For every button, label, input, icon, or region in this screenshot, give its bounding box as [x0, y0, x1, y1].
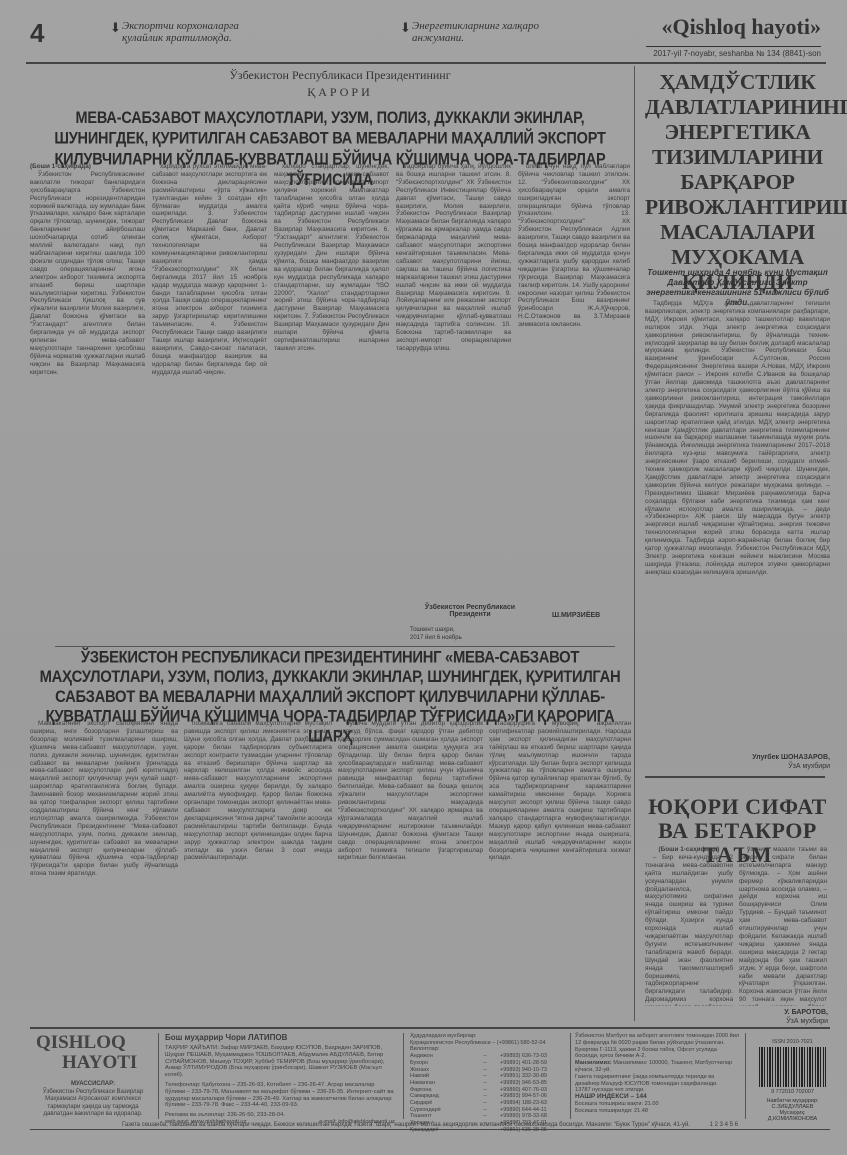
section-divider [645, 776, 825, 778]
issn-barcode: ISSN 2010-7021 9 772010 702007 Навбатчи … [755, 1039, 830, 1122]
column-divider [745, 1033, 746, 1119]
energy-body: Тадбирда МДҲга аъзо давлатларнинг тегишл… [645, 300, 830, 745]
region-row: Сурхондарё–+99890) 644-44-11 [410, 1107, 570, 1114]
teaser-energy[interactable]: ⬇ Энергетикларнинг халқаро анжумани. [400, 20, 550, 44]
commentary-column-1: Мамлакатнинг экспорт салоҳиятини янада о… [30, 720, 178, 1020]
decree-column-2: харидорга рухсат этилмайди; мева-сабзаво… [152, 163, 267, 628]
footer-logo: QISHLOQ HAYOTI [36, 1033, 156, 1073]
issue-line: 2017-yil 7-noyabr, seshanba № 134 (8841)… [646, 46, 821, 58]
barcode-icon [759, 1047, 826, 1087]
decree-kicker: Ўзбекистон Республикаси Президентининг Қ… [90, 68, 590, 100]
quality-byline: У. БАРОТОВ, ЎзА мухбири [645, 1008, 828, 1026]
region-row: Тошкент–+99890) 978-33-68 [410, 1113, 570, 1120]
region-row: Сирдарё–+99894) 188-23-63 [410, 1100, 570, 1107]
decree-column-4: тадбирлар бўйича ҳалқ, йўлдошлик ва бошқ… [396, 163, 511, 593]
decree-column-3: халқаро стандартлар, шунингдек, маҳаллий… [274, 163, 389, 593]
quality-column-1: (Боши 1-саҳифада) – Бир кеча-кундузда 12… [645, 846, 733, 1006]
signature-place: Тошкент шаҳри, [410, 627, 455, 633]
bottom-line: Газета сешанба, пайшанба ва шанба кунлар… [30, 1122, 830, 1128]
column-divider [403, 1033, 404, 1119]
region-row: Андижон–+99893) 636-73-03 [410, 1053, 570, 1060]
publication-info: Ўзбекистон Матбуот ва ахборот агентлиги … [575, 1033, 740, 1115]
commentary-column-2: позмалига сабабли маҳсулотларни мустақил… [184, 720, 332, 1020]
arrow-down-icon: ⬇ [400, 22, 411, 34]
energy-byline: Улуғбек ШОНАЗАРОВ, ЎзА мухбири [645, 753, 830, 771]
editorial-staff: Бош муҳаррир Чори ЛАТИПОВ ТАҲРИР ҲАЙЪАТИ… [165, 1033, 395, 1126]
region-row: Самарқанд–+99893) 994-57-06 [410, 1093, 570, 1100]
imprint-footer: QISHLOQ HAYOTI МУАССИСЛАР: Ўзбекистон Ре… [30, 1027, 830, 1130]
founders-block: МУАССИСЛАР: Ўзбекистон Республикаси Вази… [34, 1081, 152, 1119]
signature-name: Ш.МИРЗИЁЕВ [552, 612, 600, 619]
signature-date: 2017 йил 6 ноябрь [410, 635, 462, 641]
commentary-column-3: бўйича муддати ўтган дебитор қарздорлик … [338, 720, 483, 1020]
region-row: Бухоро–+99891) 401-28-59 [410, 1060, 570, 1067]
arrow-down-icon: ⬇ [110, 22, 121, 34]
masthead: «Qishloq hayoti» [661, 14, 821, 40]
column-divider [634, 66, 635, 1021]
quality-column-2: ўзининг мазали таъми ва юқори сифати бил… [739, 846, 827, 1006]
page-header: 4 ⬇ Экспортчи корхоналарга қулайлик ярат… [0, 14, 847, 54]
decree-column-1: (Боши 1-саҳифада) Ўзбекистон Республикас… [30, 163, 145, 628]
section-divider [55, 646, 615, 647]
decree-column-5: олиш учун нақд пул маблағлари бўйича чек… [518, 163, 630, 593]
region-row: Фарғона–+99890) 407-76-03 [410, 1087, 570, 1094]
column-divider [570, 1033, 571, 1119]
region-row: Наманган–+99893) 946-53-85 [410, 1080, 570, 1087]
column-divider [158, 1033, 159, 1119]
teaser-exporters[interactable]: ⬇ Экспортчи корхоналарга қулайлик яратил… [110, 20, 270, 44]
regional-correspondents: Ҳудудлардаги мухбирлар: Қорақалпоғистон … [410, 1033, 570, 1134]
signature-title: Ўзбекистон Республикаси Президенти [410, 604, 530, 618]
commentary-column-4: тасарруфига мувофиқ, ажратилган сертифик… [489, 720, 631, 1020]
region-row: Навоий–+99891) 332-30-89 [410, 1073, 570, 1080]
header-divider [26, 62, 826, 64]
region-row: Жиззах–+99893) 940-10-73 [410, 1067, 570, 1074]
page-number: 4 [30, 18, 44, 49]
energy-headline: ҲАМДЎСТЛИК ДАВЛАТЛАРИНИНГ ЭНЕРГЕТИКА ТИЗ… [645, 70, 830, 295]
newspaper-page: 4 ⬇ Экспортчи корхоналарга қулайлик ярат… [0, 0, 847, 1155]
